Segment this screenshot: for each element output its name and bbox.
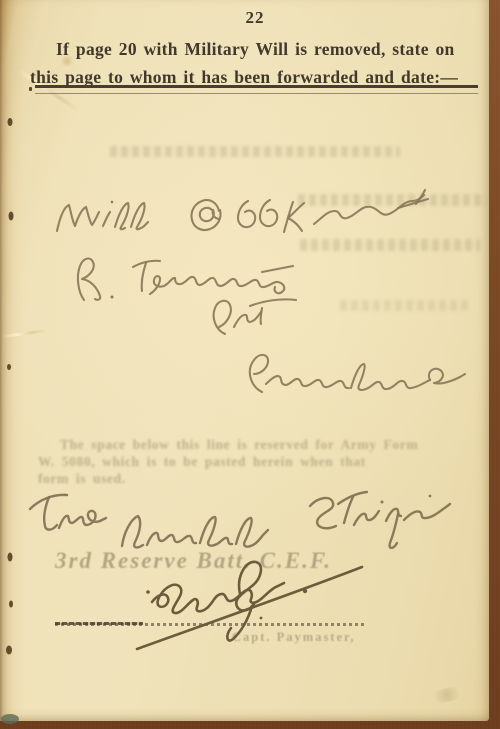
book-cover: 22 If page 20 with Military Will is remo… <box>0 0 500 729</box>
handwriting-will-address <box>57 190 428 232</box>
stitch-mark <box>7 364 11 370</box>
stitch-mark <box>8 553 13 562</box>
handwriting-wound-stripes-note <box>30 492 450 548</box>
handwriting-road-city <box>78 259 293 300</box>
stitch-mark <box>8 118 13 126</box>
handwriting-layer <box>0 0 500 729</box>
stitch-mark <box>6 646 12 655</box>
stitch-mark <box>9 601 13 608</box>
handwriting-province <box>214 299 296 334</box>
handwriting-country <box>250 355 465 392</box>
corner-mark <box>1 714 19 724</box>
signature-scrawl <box>137 562 362 649</box>
stitch-mark <box>9 212 14 221</box>
